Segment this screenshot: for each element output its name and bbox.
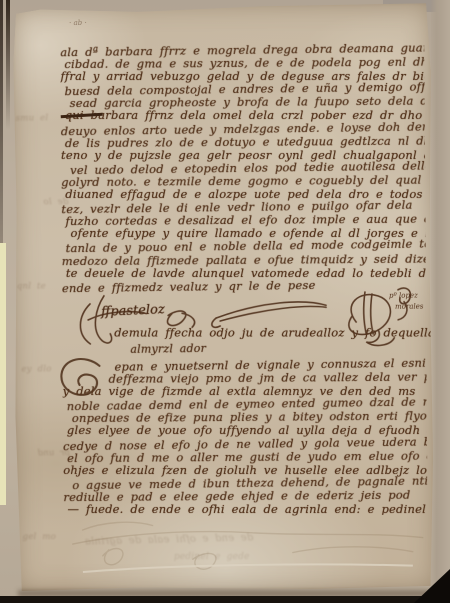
left-margin-flourish — [80, 304, 90, 344]
long-horizontal-flourish-lower — [220, 306, 326, 321]
closing-line-1: demula ffecha odjo ju de arudealloz y fo… — [114, 327, 435, 340]
manuscript-page: · ab · smu elde loqnl teey dlopr undgel … — [11, 2, 436, 594]
rubric-side-note-line2: morales — [395, 303, 423, 311]
mat-right-column — [431, 0, 450, 603]
photo-backdrop: · ab · smu elde loqnl teey dlopr undgel … — [0, 0, 450, 603]
closing-line-2: almyrzl ador — [130, 342, 206, 356]
left-yellow-page-edge-strip — [0, 243, 6, 505]
bottom-photo-edge-dark-band — [0, 596, 450, 603]
paragraph-1-text-block: ala dª barbara ffrrz e mogrela drega obr… — [60, 43, 426, 294]
signature-name: ffpasteloz — [101, 302, 165, 320]
left-photo-edge-dark-line — [6, 0, 10, 130]
faint-top-annotation: · ab · — [69, 19, 87, 27]
ghost-bleed-text-2: pedinel e gede — [174, 551, 250, 564]
rubric-side-note-line1: pº lopez — [389, 292, 418, 300]
paragraph-2-text-block: epan e ynuetsernl de vignale y connusza … — [62, 358, 427, 518]
